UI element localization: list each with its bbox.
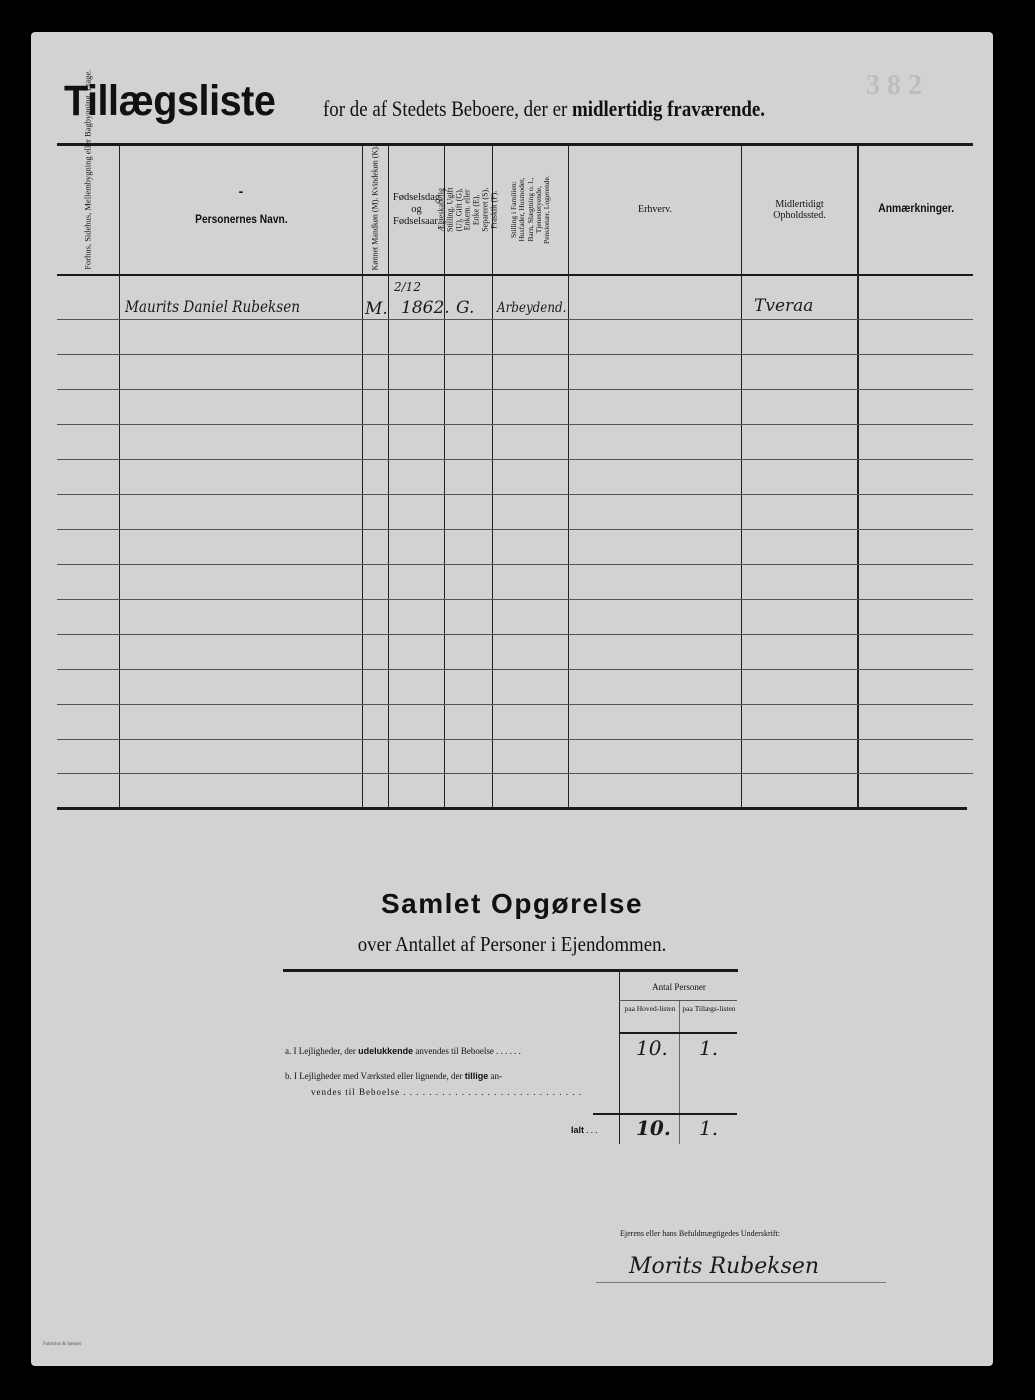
col-header-marital: Ægteskabelig Stilling. Ugift (U), Gift (…: [445, 146, 492, 274]
row-line: [57, 494, 973, 495]
row-line: [57, 354, 973, 355]
summary-col-divider: [619, 972, 620, 1144]
row-line: [57, 634, 973, 635]
row-line: [57, 704, 973, 705]
row-line: [57, 389, 973, 390]
col-header-sex: Kønnet Mandkøn (M). Kvindekøn (K).: [363, 146, 388, 274]
summary-title: Samlet Opgørelse: [31, 888, 993, 920]
summary-group-header: Antal Personer: [620, 982, 738, 992]
cell-birth-year: 1862.: [401, 298, 450, 318]
form-title: Tillægsliste: [64, 80, 275, 123]
row-line: [57, 459, 973, 460]
summary-row-b: b. I Lejligheder med Værksted eller lign…: [285, 1071, 502, 1081]
summary-row-b-line2: vendes til Beboelse . . . . . . . . . . …: [311, 1087, 582, 1097]
summary-total-main: 10.: [636, 1116, 671, 1140]
form-subtitle: for de af Stedets Beboere, der er midler…: [323, 98, 765, 120]
summary-col-supp: paa Tillægs-listen: [682, 1005, 736, 1013]
summary-total-supp: 1.: [699, 1116, 718, 1140]
cell-birth-day: 2/12: [394, 280, 421, 294]
row-line: [57, 424, 973, 425]
header-bottom-rule: [57, 274, 973, 276]
row-line: [57, 773, 973, 774]
archive-stamp: 3 8 2: [866, 70, 922, 102]
signature-line: [596, 1282, 886, 1283]
summary-a-supp: 1.: [699, 1036, 718, 1060]
summary-col-main: paa Hoved-listen: [623, 1005, 677, 1013]
table-bottom-rule: [57, 807, 967, 810]
col-header-remarks: Anmærkninger.: [859, 146, 973, 274]
cell-name: Maurits Daniel Rubeksen: [125, 297, 300, 316]
row-line: [57, 319, 973, 320]
summary-row-line: [619, 1000, 737, 1001]
signature-label: Ejerens eller hans Befuldmægtigedes Unde…: [620, 1229, 780, 1238]
row-line: [57, 739, 973, 740]
row-line: [57, 599, 973, 600]
cell-temp-residence: Tveraa: [754, 296, 813, 316]
printer-mark: Fabritius & Sønner: [43, 1342, 81, 1347]
col-header-occupation: Erhverv.: [569, 146, 741, 274]
summary-row-line: [619, 1032, 737, 1034]
row-line: [57, 564, 973, 565]
row-line: [57, 669, 973, 670]
census-form-page: 3 8 2 Tillægsliste for de af Stedets Beb…: [31, 32, 993, 1366]
summary-row-a: a. I Lejligheder, der udelukkende anvend…: [285, 1046, 521, 1056]
summary-col-divider: [679, 1000, 680, 1144]
col-header-family: Stilling i Familien: Husfader, Husmoder,…: [493, 146, 568, 274]
signature-value: Morits Rubeksen: [629, 1254, 819, 1279]
col-header-building: Forhus, Sidehus, Mellembygning eller Bag…: [57, 146, 119, 274]
row-line: [57, 529, 973, 530]
cell-family: Arbeydend.: [497, 300, 566, 316]
summary-row-line: [593, 1113, 737, 1115]
summary-a-main: 10.: [636, 1036, 668, 1060]
summary-subtitle: over Antallet af Personer i Ejendommen.: [79, 932, 945, 957]
cell-marital: G.: [456, 298, 474, 318]
cell-sex: M.: [365, 299, 388, 319]
summary-rule: [283, 969, 738, 972]
col-header-temp-residence: Midlertidigt Opholdssted.: [742, 146, 857, 274]
summary-total-label: Ialt . . .: [571, 1125, 598, 1135]
col-header-name: - Personernes Navn.: [120, 146, 362, 274]
